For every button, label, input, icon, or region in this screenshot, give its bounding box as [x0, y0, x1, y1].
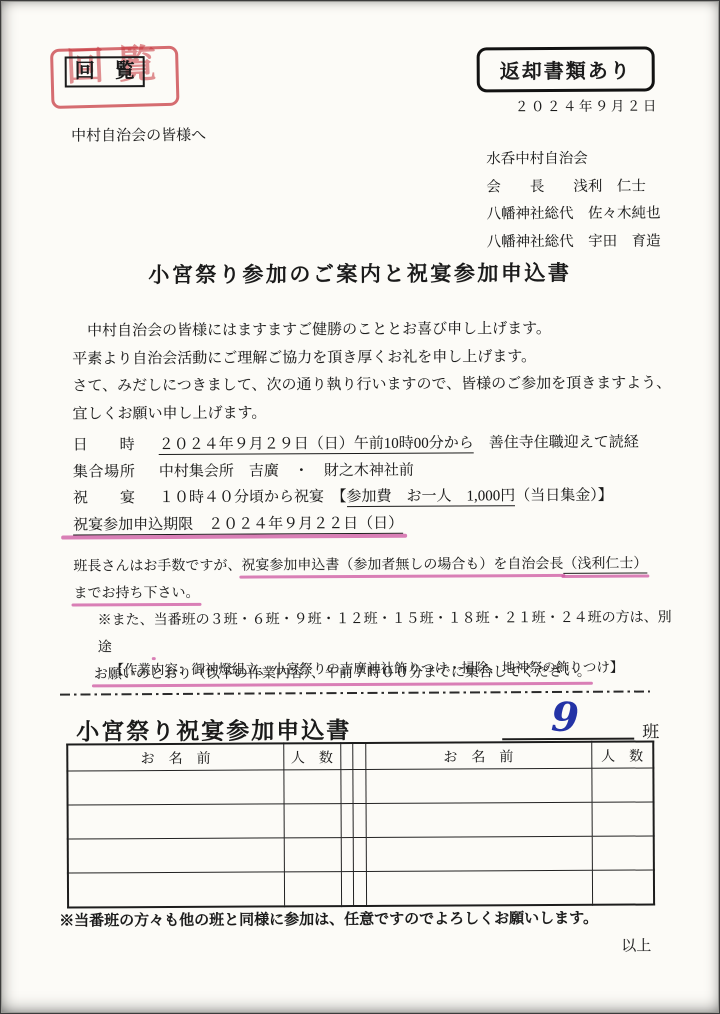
document-date: ２０２４年９月２日 [359, 94, 659, 116]
schedule-datetime-note: 善住寺住職迎えて読経 [489, 435, 639, 452]
empty-cell [353, 871, 366, 906]
scanned-notice-page: 回覧 回 覧 返却書類あり ２０２４年９月２日 中村自治会の皆様へ 水呑中村自治… [0, 0, 720, 1014]
schedule-place-value: 中村集会所 吉廣 ・ 財之木神社前 [159, 462, 414, 479]
sender-rep-2: 八幡神社総代 宇田 育造 [487, 228, 661, 256]
schedule-deadline: 祝宴参加申込期限 ２０２４年９月２２日（日） [73, 509, 639, 538]
empty-cell [366, 836, 592, 871]
empty-cell [68, 804, 284, 839]
schedule-datetime-value: ２０２４年９月２９日（日）午前10時00分から [159, 435, 474, 455]
empty-cell [592, 836, 654, 870]
empty-cell [365, 768, 591, 803]
note-line-3: ※また、当番班の３班・６班・９班・１２班・１５班・１８班・２１班・２４班の方は、… [74, 604, 684, 661]
notice-title: 小宮祭り参加のご案内と祝宴参加申込書 [0, 256, 720, 290]
empty-cell [284, 872, 341, 907]
empty-cell [591, 768, 653, 802]
kairan-black-box: 回 覧 [65, 56, 145, 87]
note-line-1: 班長さんはお手数ですが、祝宴参加申込書（参加者無しの場合も）を自治会長（浅利仁士… [73, 550, 683, 580]
sender-block: 水呑中村自治会 会 長 浅利 仁士 八幡神社総代 佐々木純也 八幡神社総代 宇田… [486, 145, 661, 256]
note-line-2: までお持ち下さい。 [73, 577, 683, 607]
empty-cell [366, 870, 592, 906]
greeting-paragraph: 中村自治会の皆様にはますますご健勝のこととお喜び申し上げます。 平素より自治会活… [72, 315, 679, 428]
note-line-3-pre: ※また、 [98, 613, 154, 628]
empty-cell [284, 838, 341, 872]
empty-cell [366, 802, 592, 837]
signup-table: お 名 前 人 数 お 名 前 人 数 [66, 740, 655, 908]
empty-cell [68, 872, 284, 908]
schedule-banquet-fee: 参加費 お一人 1,000円 [346, 488, 515, 507]
greeting-line: 中村自治会の皆様にはますますご健勝のこととお喜び申し上げます。 [72, 315, 678, 346]
schedule-datetime-label: 日時 [73, 432, 135, 459]
note-line-1-pre: 班長さんはお手数ですが、 [73, 559, 241, 575]
table-header-row: お 名 前 人 数 お 名 前 人 数 [67, 741, 653, 771]
greeting-line: 平素より自治会活動にご理解ご協力を頂き厚くお礼を申し上げます。 [72, 343, 678, 374]
schedule-banquet-note: （当日集金）】 [515, 488, 613, 505]
col-header-name-right: お 名 前 [365, 742, 591, 770]
empty-cell [67, 770, 283, 805]
empty-cell [341, 838, 353, 872]
col-header-name-left: お 名 前 [67, 743, 283, 771]
gap-column [340, 743, 352, 770]
sender-org: 水呑中村自治会 [486, 145, 660, 173]
schedule-datetime: 日時２０２４年９月２９日（日）午前10時00分から善住寺住職迎えて読経 [73, 430, 639, 459]
note-line-2-marked: までお持ち下さい。 [73, 586, 199, 602]
signup-table-body [67, 768, 654, 908]
work-details-line: 【作業内容：御神燈組立、小宮祭りの吉廣神社飾りつけ・掃除、地神祭の飾りつけ】 [74, 655, 660, 678]
empty-cell [353, 837, 366, 871]
schedule-banquet-label: 祝宴 [73, 485, 135, 512]
schedule-banquet-value: １０時４０分頃から祝宴 【 [159, 489, 347, 506]
empty-cell [352, 769, 365, 803]
col-header-count-right: 人 数 [591, 741, 653, 768]
empty-cell [68, 838, 284, 873]
sender-chairman: 会 長 浅利 仁士 [486, 173, 660, 201]
note-line-1-marked: 祝宴参加申込書（参加者無しの場合も）を自治会長 [241, 557, 563, 574]
table-row [68, 870, 654, 908]
schedule-place-label: 集合場所 [73, 459, 135, 486]
closing-word: 以上 [3, 934, 651, 958]
chairman-name: （浅利仁士） [563, 556, 647, 573]
greeting-line: さて、みだしにつきまして、次の通り執り行いますので、皆様のご参加を頂きますよう、 [72, 370, 678, 401]
table-row [68, 836, 654, 873]
handwritten-han-number: 9 [551, 698, 580, 739]
empty-cell [353, 803, 366, 837]
sender-rep-1: 八幡神社総代 佐々木純也 [486, 200, 660, 228]
empty-cell [283, 770, 340, 804]
schedule-banquet: 祝宴１０時４０分頃から祝宴 【参加費 お一人 1,000円（当日集金）】 [73, 483, 639, 512]
schedule-block: 日時２０２４年９月２９日（日）午前10時00分から善住寺住職迎えて読経 集合場所… [73, 430, 640, 539]
schedule-deadline-value: 祝宴参加申込期限 ２０２４年９月２２日（日） [73, 515, 403, 535]
empty-cell [340, 770, 352, 804]
kairan-stamp: 回覧 回 覧 [51, 44, 191, 107]
table-row [68, 802, 654, 839]
recipient-line: 中村自治会の皆様へ [71, 124, 206, 146]
greeting-line: 宜しくお願い申し上げます。 [72, 398, 678, 429]
form-footnote: ※当番班の方々も他の班と同様に参加は、任意ですのでよろしくお願いします。 [59, 907, 598, 931]
gap-column [352, 743, 365, 770]
return-documents-badge: 返却書類あり [477, 46, 655, 92]
schedule-meeting-place: 集合場所中村集会所 吉廣 ・ 財之木神社前 [73, 456, 639, 485]
empty-cell [592, 802, 654, 836]
empty-cell [341, 872, 353, 907]
empty-cell [341, 804, 353, 838]
col-header-count-left: 人 数 [283, 743, 340, 770]
empty-cell [284, 804, 341, 838]
empty-cell [592, 870, 654, 905]
note-line-3-marked: 当番班の３班・６班・９班・１２班・１５班・１８班・２１班・２４班の方は、別途 [98, 610, 672, 655]
han-suffix-label: 班 [642, 717, 659, 742]
table-row [67, 768, 653, 805]
